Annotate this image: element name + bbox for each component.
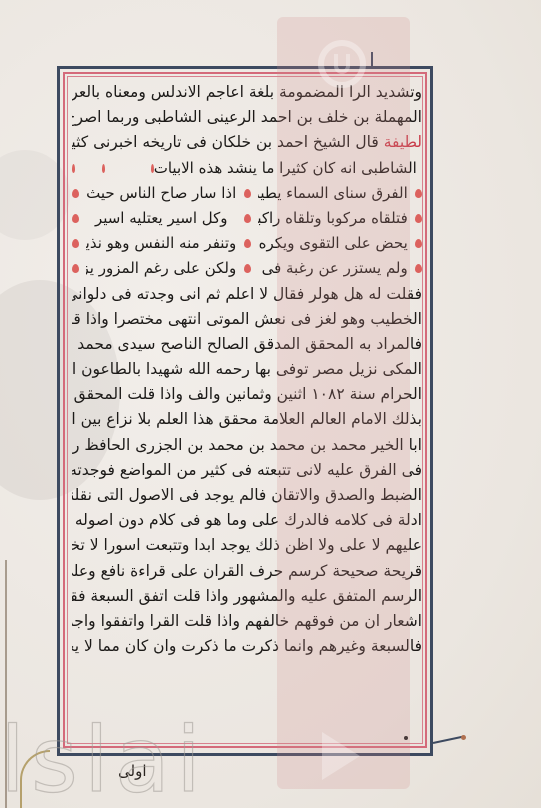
verse-dot-icon xyxy=(102,164,105,173)
verse-dot-icon xyxy=(151,164,154,173)
verse-dot-icon xyxy=(72,189,79,198)
verse-dot-icon xyxy=(415,214,422,223)
verse-dot-icon xyxy=(244,239,251,248)
hemistich-left: اذا سار صاح الناس حيث يسير xyxy=(86,181,236,206)
hemistich-left: ولكن على رغم المزور يزور xyxy=(86,256,236,281)
verse-dot-icon xyxy=(72,164,75,173)
verse-dot-icon xyxy=(72,264,79,273)
verse-dot-icon xyxy=(415,239,422,248)
watermark-text: lslai xyxy=(0,716,207,806)
verse-dot-icon xyxy=(415,264,422,273)
frame-tail-dot xyxy=(461,735,466,740)
manuscript-page: وتشديد الرا المضمومة بلغة اعاجم الاندلس … xyxy=(0,0,541,808)
verse-dot-icon xyxy=(244,264,251,273)
verse-dot-icon xyxy=(72,239,79,248)
frame-tail-line xyxy=(433,735,465,744)
verse-dot-icon xyxy=(244,189,251,198)
hemistich-left: وتنفر منه النفس وهو نذير xyxy=(86,231,236,256)
watermark-logo-inner-icon xyxy=(334,54,350,74)
verse-dot-icon xyxy=(72,214,79,223)
verse-dot-icon xyxy=(244,214,251,223)
watermark-column xyxy=(277,17,410,789)
verse-dot-icon xyxy=(415,189,422,198)
watermark-play-icon xyxy=(322,732,360,780)
hemistich-left: وكل اسير يعتليه اسير xyxy=(86,206,236,231)
